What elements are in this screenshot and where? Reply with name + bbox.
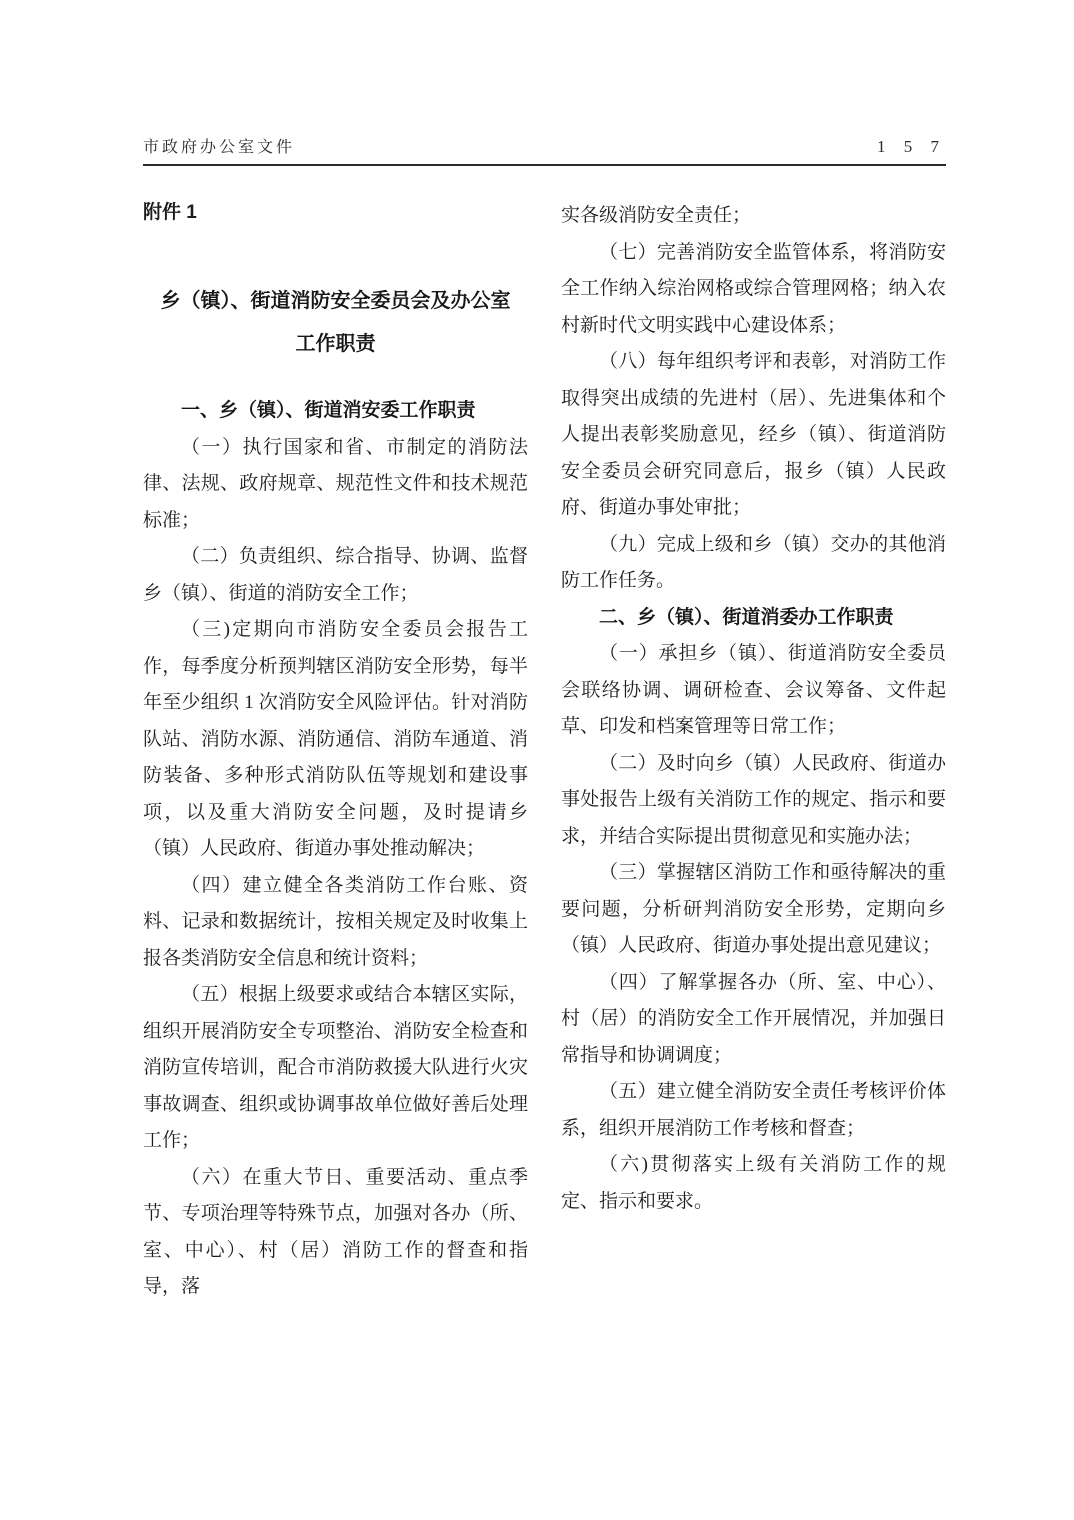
two-column-body: 附件 1 乡（镇）、街道消防安全委员会及办公室 工作职责 一、乡（镇）、街道消安… [143, 198, 946, 1306]
section1-heading: 一、乡（镇）、街道消安委工作职责 [143, 393, 528, 430]
attachment-label: 附件 1 [143, 198, 528, 228]
continuation-paragraph: 实各级消防安全责任； [561, 198, 946, 235]
paragraph: （八）每年组织考评和表彰，对消防工作取得突出成绩的先进村（居）、先进集体和个人提… [561, 344, 946, 527]
header-doc-label: 市政府办公室文件 [143, 134, 295, 157]
paragraph: （五）根据上级要求或结合本辖区实际，组织开展消防安全专项整治、消防安全检查和消防… [143, 977, 528, 1160]
section2-paragraphs: （一）承担乡（镇）、街道消防安全委员会联络协调、调研检查、会议筹备、文件起草、印… [561, 636, 946, 1220]
page-header: 市政府办公室文件 1 5 7 [143, 134, 946, 166]
page-number: 1 5 7 [877, 137, 946, 157]
paragraph: （六）在重大节日、重要活动、重点季节、专项治理等特殊节点，加强对各办（所、室、中… [143, 1160, 528, 1306]
right-column: 实各级消防安全责任； （七）完善消防安全监管体系，将消防安全工作纳入综治网格或综… [561, 198, 946, 1306]
paragraph: （三）掌握辖区消防工作和亟待解决的重要问题，分析研判消防安全形势，定期向乡（镇）… [561, 855, 946, 965]
document-title: 乡（镇）、街道消防安全委员会及办公室 工作职责 [143, 280, 528, 366]
paragraph: （九）完成上级和乡（镇）交办的其他消防工作任务。 [561, 527, 946, 600]
paragraph: （七）完善消防安全监管体系，将消防安全工作纳入综治网格或综合管理网格；纳入农村新… [561, 235, 946, 345]
section1-right-paragraphs: （七）完善消防安全监管体系，将消防安全工作纳入综治网格或综合管理网格；纳入农村新… [561, 235, 946, 600]
section2-heading: 二、乡（镇）、街道消委办工作职责 [561, 600, 946, 637]
paragraph: （二）及时向乡（镇）人民政府、街道办事处报告上级有关消防工作的规定、指示和要求，… [561, 746, 946, 856]
document-title-line1: 乡（镇）、街道消防安全委员会及办公室 [143, 280, 528, 323]
document-page: 市政府办公室文件 1 5 7 附件 1 乡（镇）、街道消防安全委员会及办公室 工… [0, 0, 1074, 1520]
paragraph: （五）建立健全消防安全责任考核评价体系，组织开展消防工作考核和督查； [561, 1074, 946, 1147]
paragraph: （六)贯彻落实上级有关消防工作的规定、指示和要求。 [561, 1147, 946, 1220]
paragraph: （一）承担乡（镇）、街道消防安全委员会联络协调、调研检查、会议筹备、文件起草、印… [561, 636, 946, 746]
paragraph: （二）负责组织、综合指导、协调、监督乡（镇）、街道的消防安全工作； [143, 539, 528, 612]
paragraph: （四）了解掌握各办（所、室、中心）、村（居）的消防安全工作开展情况，并加强日常指… [561, 965, 946, 1075]
left-column: 附件 1 乡（镇）、街道消防安全委员会及办公室 工作职责 一、乡（镇）、街道消安… [143, 198, 528, 1306]
paragraph: （三)定期向市消防安全委员会报告工作，每季度分析预判辖区消防安全形势，每半年至少… [143, 612, 528, 868]
section1-left-paragraphs: （一）执行国家和省、市制定的消防法律、法规、政府规章、规范性文件和技术规范标准；… [143, 430, 528, 1306]
document-title-line2: 工作职责 [143, 323, 528, 366]
paragraph: （一）执行国家和省、市制定的消防法律、法规、政府规章、规范性文件和技术规范标准； [143, 430, 528, 540]
paragraph: （四）建立健全各类消防工作台账、资料、记录和数据统计，按相关规定及时收集上报各类… [143, 868, 528, 978]
page-content: 市政府办公室文件 1 5 7 附件 1 乡（镇）、街道消防安全委员会及办公室 工… [143, 134, 946, 1306]
